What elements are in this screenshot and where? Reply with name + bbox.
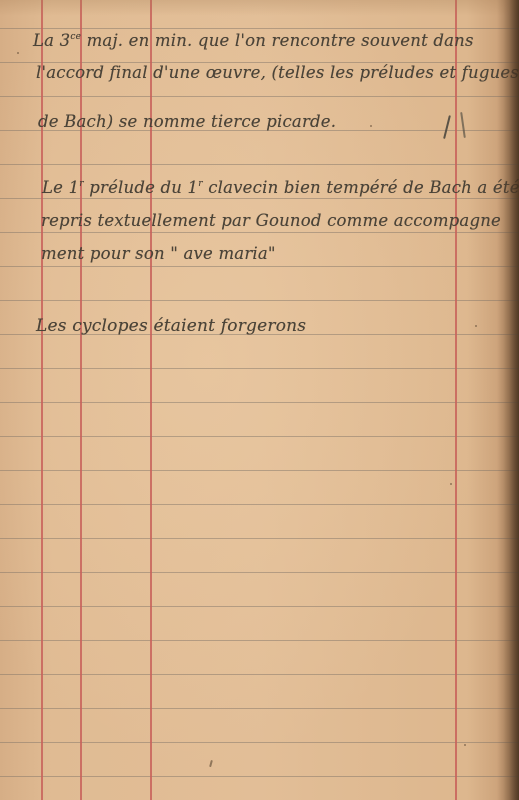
paragraph-1-line-2: l'accord final d'une œuvre, (telles les …	[36, 63, 519, 82]
text-segment: clavecin bien tempéré de Bach a été	[203, 178, 519, 197]
paper-speck	[17, 52, 19, 54]
text-segment: prélude du 1	[84, 178, 198, 197]
paper-speck	[370, 125, 372, 127]
paragraph-1-line-3: de Bach) se nomme tierce picarde.	[38, 112, 336, 131]
superscript: ce	[70, 32, 81, 42]
paragraph-1-line-1: La 3ce maj. en min. que l'on rencontre s…	[33, 31, 474, 50]
margin-line-right	[455, 0, 457, 800]
paragraph-2-line-2: repris textuellement par Gounod comme ac…	[41, 211, 501, 230]
paragraph-2-line-3: ment pour son " ave maria"	[41, 244, 276, 263]
text-segment: Le 1	[42, 178, 79, 197]
text-segment: maj. en min. que l'on rencontre souvent …	[81, 31, 474, 50]
paper-speck	[464, 744, 466, 746]
paper-speck	[450, 483, 452, 485]
notebook-page: La 3ce maj. en min. que l'on rencontre s…	[0, 0, 519, 800]
paragraph-3-line-1: Les cyclopes étaient forgerons	[36, 316, 306, 336]
text-segment: La 3	[33, 31, 70, 50]
paragraph-2-line-1: Le 1r prélude du 1r clavecin bien tempér…	[42, 178, 519, 197]
paper-speck	[475, 325, 477, 327]
